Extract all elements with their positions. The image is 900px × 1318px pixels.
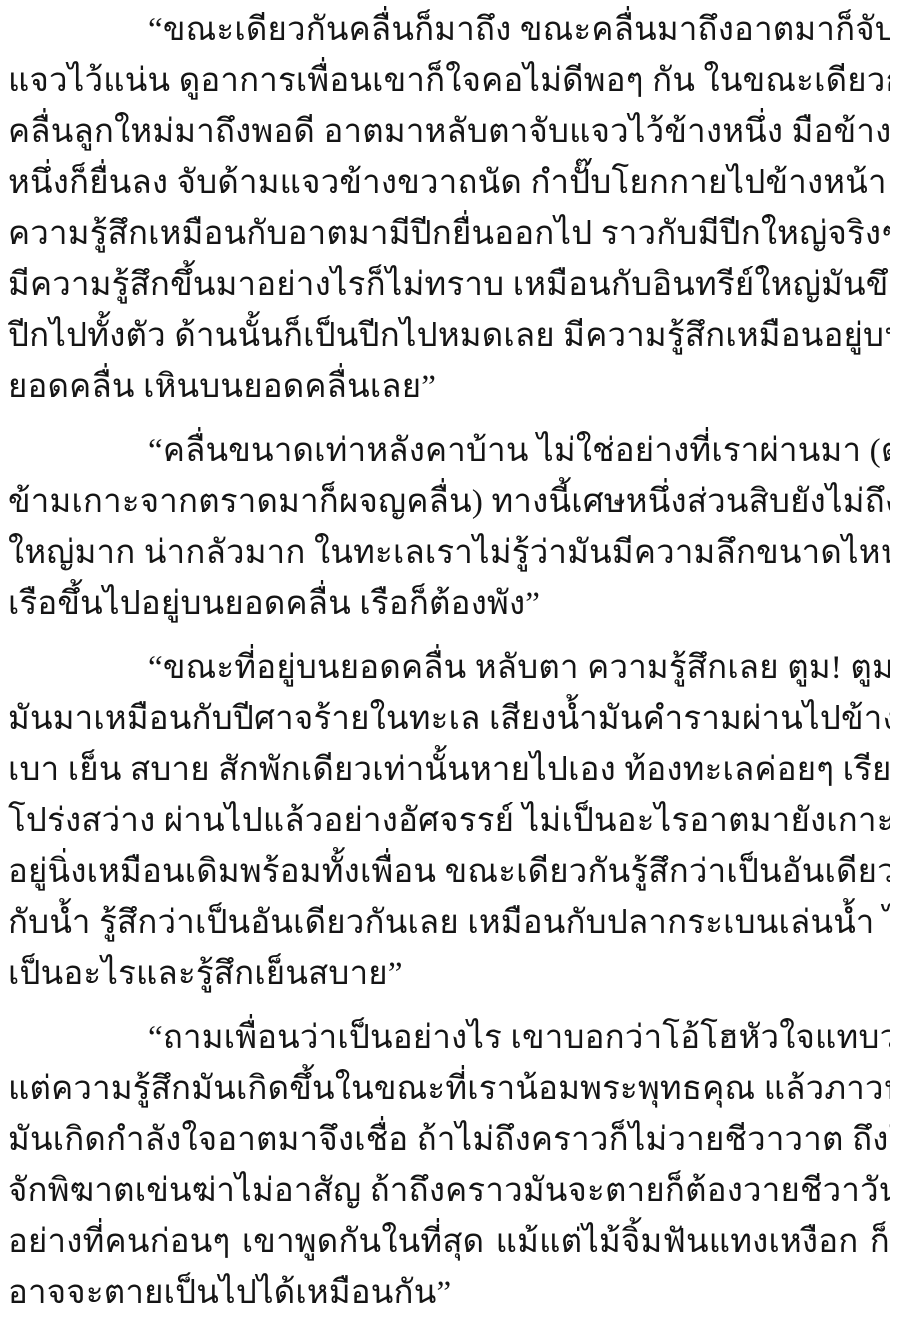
- text-line: มีความรู้สึกขึ้นมาอย่างไรก็ไม่ทราบ เหมือ…: [8, 260, 890, 311]
- text-line: อยู่นิ่งเหมือนเดิมพร้อมทั้งเพื่อน ขณะเดี…: [8, 847, 890, 898]
- text-line: โปร่งสว่าง ผ่านไปแล้วอย่างอัศจรรย์ ไม่เป…: [8, 796, 890, 847]
- text-line: เป็นอะไรและรู้สึกเย็นสบาย”: [8, 949, 890, 1000]
- text-line: กับน้ำ รู้สึกว่าเป็นอันเดียวกันเลย เหมือ…: [8, 898, 890, 949]
- book-page: “ขณะเดียวกันคลื่นก็มาถึง ขณะคลื่นมาถึงอา…: [0, 0, 900, 1318]
- text-line: แจวไว้แน่น ดูอาการเพื่อนเขาก็ใจคอไม่ดีพอ…: [8, 56, 890, 107]
- text-line: มันมาเหมือนกับปีศาจร้ายในทะเล เสียงน้ำมั…: [8, 694, 890, 745]
- text-line: จักพิฆาตเข่นฆ่าไม่อาสัญ ถ้าถึงคราวมันจะต…: [8, 1166, 890, 1217]
- text-line: อาจจะตายเป็นไปได้เหมือนกัน”: [8, 1268, 890, 1318]
- text-line: แต่ความรู้สึกมันเกิดขึ้นในขณะที่เราน้อมพ…: [8, 1064, 890, 1115]
- text-line: เรือขึ้นไปอยู่บนยอดคลื่น เรือก็ต้องพัง”: [8, 579, 890, 630]
- text-line: ข้ามเกาะจากตราดมาก็ผจญคลื่น) ทางนี้เศษหน…: [8, 477, 890, 528]
- text-line: ใหญ่มาก น่ากลัวมาก ในทะเลเราไม่รู้ว่ามัน…: [8, 528, 890, 579]
- paragraph-2: “คลื่นขนาดเท่าหลังคาบ้าน ไม่ใช่อย่างที่เ…: [8, 426, 890, 630]
- text-line: “คลื่นขนาดเท่าหลังคาบ้าน ไม่ใช่อย่างที่เ…: [8, 426, 890, 477]
- text-line: “ขณะเดียวกันคลื่นก็มาถึง ขณะคลื่นมาถึงอา…: [8, 5, 890, 56]
- text-line: ความรู้สึกเหมือนกับอาตมามีปีกยื่นออกไป ร…: [8, 209, 890, 260]
- document-body: “ขณะเดียวกันคลื่นก็มาถึง ขณะคลื่นมาถึงอา…: [8, 5, 890, 1318]
- paragraph-1: “ขณะเดียวกันคลื่นก็มาถึง ขณะคลื่นมาถึงอา…: [8, 5, 890, 413]
- text-line: มันเกิดกำลังใจอาตมาจึงเชื่อ ถ้าไม่ถึงครา…: [8, 1115, 890, 1166]
- paragraph-3: “ขณะที่อยู่บนยอดคลื่น หลับตา ความรู้สึกเ…: [8, 643, 890, 1000]
- text-line: หนึ่งก็ยื่นลง จับด้ามแจวข้างขวาถนัด กำปั…: [8, 158, 890, 209]
- text-line: ยอดคลื่น เหินบนยอดคลื่นเลย”: [8, 362, 890, 413]
- text-line: อย่างที่คนก่อนๆ เขาพูดกันในที่สุด แม้แต่…: [8, 1217, 890, 1268]
- text-line: ปีกไปทั้งตัว ด้านนั้นก็เป็นปีกไปหมดเลย ม…: [8, 311, 890, 362]
- text-line: คลื่นลูกใหม่มาถึงพอดี อาตมาหลับตาจับแจวไ…: [8, 107, 890, 158]
- text-line: เบา เย็น สบาย สักพักเดียวเท่านั้นหายไปเอ…: [8, 745, 890, 796]
- text-line: “ขณะที่อยู่บนยอดคลื่น หลับตา ความรู้สึกเ…: [8, 643, 890, 694]
- paragraph-4: “ถามเพื่อนว่าเป็นอย่างไร เขาบอกว่าโอ้โฮห…: [8, 1013, 890, 1318]
- text-line: “ถามเพื่อนว่าเป็นอย่างไร เขาบอกว่าโอ้โฮห…: [8, 1013, 890, 1064]
